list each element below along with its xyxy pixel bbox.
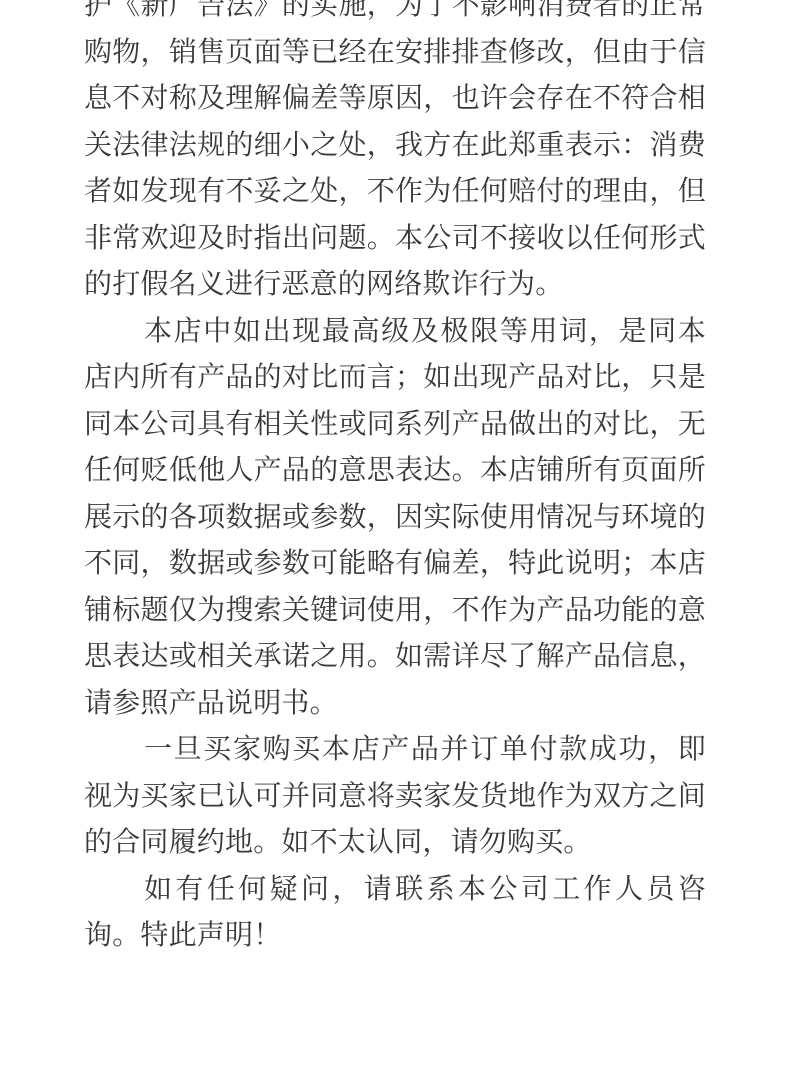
disclaimer-text-block: 护《新广告法》的实施，为了不影响消费者的正常购物，销售页面等已经在安排排查修改，… xyxy=(84,0,706,959)
disclaimer-paragraph: 如有任何疑问，请联系本公司工作人员咨询。特此声明！ xyxy=(84,866,706,959)
disclaimer-paragraph: 一旦买家购买本店产品并订单付款成功，即视为买家已认可并同意将卖家发货地作为双方之… xyxy=(84,726,706,866)
disclaimer-page: 护《新广告法》的实施，为了不影响消费者的正常购物，销售页面等已经在安排排查修改，… xyxy=(0,0,790,1087)
disclaimer-paragraph: 本店中如出现最高级及极限等用词，是同本店内所有产品的对比而言；如出现产品对比，只… xyxy=(84,308,706,727)
disclaimer-paragraph: 护《新广告法》的实施，为了不影响消费者的正常购物，销售页面等已经在安排排查修改，… xyxy=(84,0,706,308)
